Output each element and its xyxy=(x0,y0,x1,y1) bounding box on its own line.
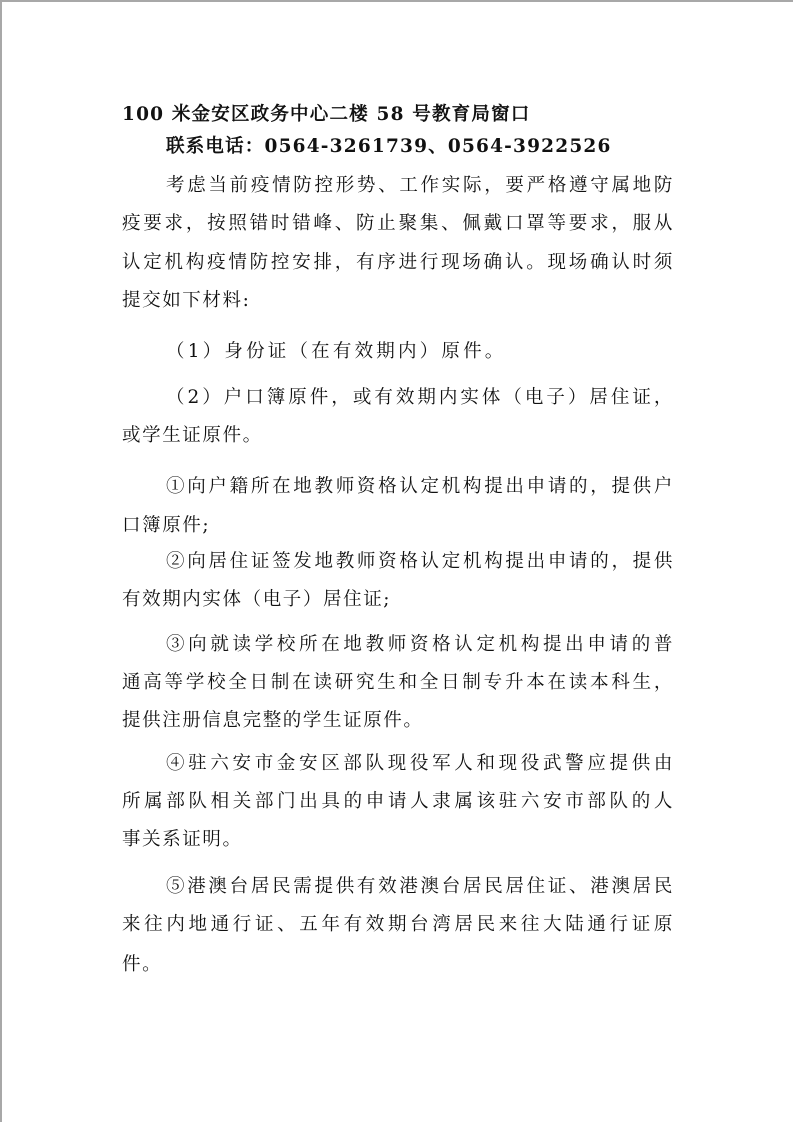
sub-item-2-line: 有效期内实体（电子）居住证; xyxy=(122,588,391,612)
intro-paragraph-line: 考虑当前疫情防控形势、工作实际，要严格遵守属地防 xyxy=(166,174,674,198)
sub-item-2-line: ②向居住证签发地教师资格认定机构提出申请的，提供 xyxy=(166,550,674,574)
sub-item-5-line: 件。 xyxy=(122,953,162,977)
address-line: 100 米金安区政务中心二楼 58 号教育局窗口 xyxy=(122,103,531,127)
item-1-line: （1）身份证（在有效期内）原件。 xyxy=(166,340,506,364)
sub-item-3-line: 通高等学校全日制在读研究生和全日制专升本在读本科生， xyxy=(122,671,674,695)
intro-paragraph-line: 疫要求，按照错时错峰、防止聚集、佩戴口罩等要求，服从 xyxy=(122,212,674,236)
intro-paragraph-line: 认定机构疫情防控安排，有序进行现场确认。现场确认时须 xyxy=(122,251,674,275)
sub-item-5-line: 来往内地通行证、五年有效期台湾居民来往大陆通行证原 xyxy=(122,913,674,937)
sub-item-1-line: 口簿原件; xyxy=(122,514,210,538)
document-page: 100 米金安区政务中心二楼 58 号教育局窗口 联系电话：0564-32617… xyxy=(0,0,793,1122)
sub-item-3-line: ③向就读学校所在地教师资格认定机构提出申请的普 xyxy=(166,633,674,657)
sub-item-4-line: ④驻六安市金安区部队现役军人和现役武警应提供由 xyxy=(166,752,674,776)
sub-item-4-line: 事关系证明。 xyxy=(122,828,243,852)
item-2-line: 或学生证原件。 xyxy=(122,424,263,448)
sub-item-3-line: 提供注册信息完整的学生证原件。 xyxy=(122,709,424,733)
sub-item-1-line: ①向户籍所在地教师资格认定机构提出申请的，提供户 xyxy=(166,475,674,499)
sub-item-5-line: ⑤港澳台居民需提供有效港澳台居民居住证、港澳居民 xyxy=(166,875,674,899)
item-2-line: （2）户口簿原件，或有效期内实体（电子）居住证， xyxy=(166,386,674,410)
sub-item-4-line: 所属部队相关部门出具的申请人隶属该驻六安市部队的人 xyxy=(122,790,674,814)
intro-paragraph-line: 提交如下材料: xyxy=(122,289,250,313)
contact-phone-line: 联系电话：0564-3261739、0564-3922526 xyxy=(166,135,612,159)
